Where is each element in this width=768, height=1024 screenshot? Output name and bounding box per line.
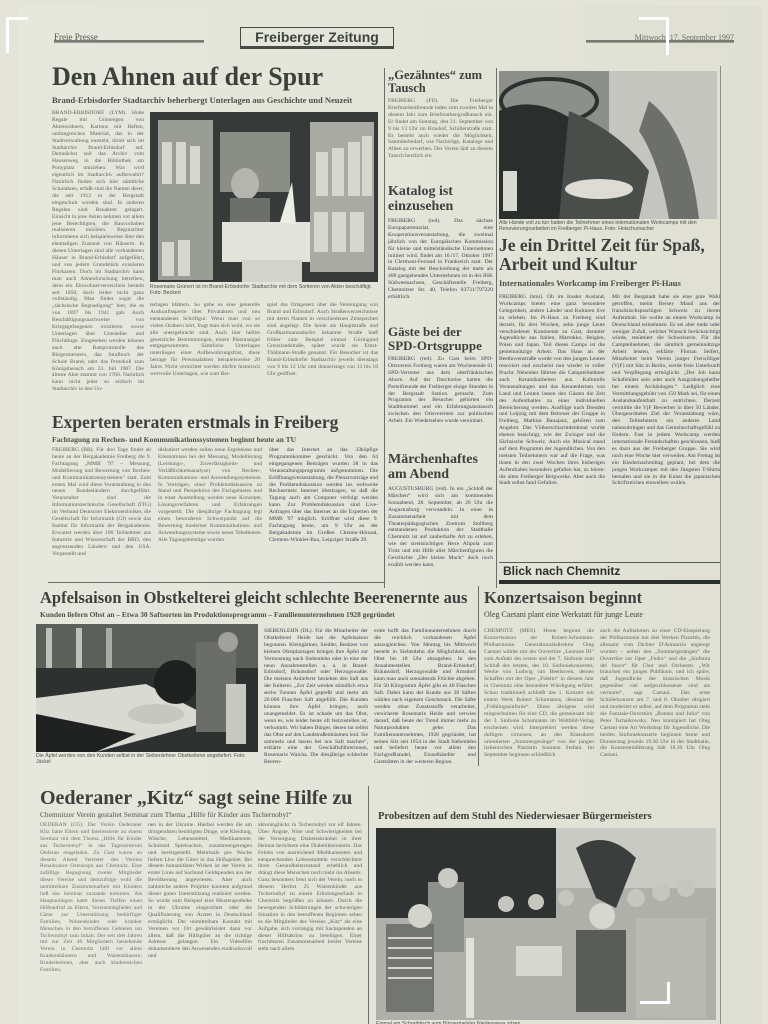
headline-konzert: Konzertsaison beginnt <box>484 590 642 607</box>
article-kitz-col2: nen in der Ukraine. Hierbei werden die a… <box>148 822 252 1024</box>
article-katalog: FREIBERG (red). Das nächste Europaparten… <box>388 218 493 314</box>
apple-delivery-photo-icon <box>36 624 258 752</box>
archive-shelves-photo-icon <box>150 112 378 282</box>
column-divider <box>384 68 385 588</box>
article-spd: FREIBERG (red). Zu Gast beim SPD-Ortsver… <box>388 356 493 442</box>
article-workcamp-col1: FREIBERG (hmi). Ob im Inoder Ausland, Wo… <box>499 294 605 552</box>
article-apfel-col2: ernte hofft das Familienunternehmen durc… <box>374 628 476 764</box>
article-konzert-col1: CHEMNITZ (MES). Heute beginnt die Konzer… <box>484 628 594 766</box>
article-ahnen-col1: BRAND-ERBISDORF (LYM). Hohe Regale mit U… <box>52 110 144 406</box>
subhead-apfel: Kunden liefern Obst an – Etwa 30 Saftsor… <box>40 610 395 619</box>
article-maerchen: AUGUSTUSBURG (red). In ein „Schloß der M… <box>388 486 493 582</box>
article-workcamp-col2: Mit der Bergstadt habe sie eine gute Wah… <box>612 294 720 552</box>
row-divider <box>48 582 384 583</box>
subhead-experten: Fachtagung zu Rechen- und Kommunikations… <box>52 435 296 444</box>
headline-ahnen: Den Ahnen auf der Spur <box>52 64 323 90</box>
scan-corner-top-left <box>6 17 28 53</box>
headline-apfel: Apfelsaison in Obstkelterei gleicht schl… <box>40 590 467 607</box>
caption-stadtarchiv: Rosemarie Grünert ist im Brand-Erbisdorf… <box>150 284 378 296</box>
article-apfel-col1: SIEBENLEHN (DL). Für die Mitarbeiter der… <box>264 628 368 766</box>
subhead-ahnen: Brand-Erbisdorfer Stadtarchiv beherbergt… <box>52 95 352 105</box>
caption-workcamp: Alle Hände voll zu tun hatten die Teilne… <box>499 220 719 232</box>
workcamp-painting-photo-icon <box>499 71 717 219</box>
headline-kitz: Oederaner „Kitz“ sagt seine Hilfe zu <box>40 788 352 808</box>
column-divider <box>496 68 497 588</box>
headline-spd: Gäste bei der SPD-Ortsgruppe <box>388 325 493 353</box>
article-experten-col3: über das Internet an das 33köpfige Progr… <box>269 447 378 573</box>
article-konzert-col2: auch die Aufnahmen zu einer CD-Einspielu… <box>600 628 710 766</box>
headline-katalog: Katalog ist einzusehen <box>388 184 493 214</box>
photo-obstkelterei <box>36 624 258 752</box>
photo-stadtarchiv <box>150 112 378 282</box>
newspaper-page: Freie Presse Freiberger Zeitung Mittwoch… <box>18 6 762 1024</box>
article-gezaehntes: FREIBERG (FD). Die Freiberger Briefmarke… <box>388 98 493 180</box>
caption-obstkelterei: Die Äpfel werden von den Kunden selbst i… <box>36 753 258 765</box>
article-experten-col2: diskutiert werden sollen neue Ergebnisse… <box>158 447 262 573</box>
subhead-konzert: Oleg Caetani plant eine Werkstatt für ju… <box>484 610 643 619</box>
headline-probesitzen: Probesitzen auf dem Stuhl des Niederwies… <box>378 812 652 823</box>
headline-experten: Experten beraten erstmals in Freiberg <box>52 414 338 432</box>
column-divider <box>368 786 369 1024</box>
scan-corner-top-right <box>639 17 669 55</box>
article-ahnen-col3: spiel das Ortsgesetz über die Vereinigun… <box>267 302 378 406</box>
subhead-workcamp: Internationales Workcamp im Freiberger P… <box>499 278 681 288</box>
article-kitz-col1: OEDERAN (CG). Der Verein Oederaner Kitz … <box>40 822 142 1024</box>
subhead-kitz: Chemnitzer Verein gestaltet Seminar zum … <box>40 810 292 819</box>
article-kitz-col3: aktorunglücks in Tschernobyl vor elf Jah… <box>258 822 362 1024</box>
masthead-rule-left <box>54 40 204 43</box>
headline-gezaehntes: „Gezähntes“ zum Tausch <box>388 69 493 95</box>
section-blick-nach-chemnitz: Blick nach Chemnitz <box>499 562 721 584</box>
page-edge-rule <box>720 66 721 1024</box>
headline-maerchen: Märchenhaftes am Abend <box>388 452 493 482</box>
section-title: Freiberger Zeitung <box>240 27 394 49</box>
article-ahnen-col2: terlagen blättern. So gebe es eine gener… <box>150 302 260 406</box>
article-experten-col1: FREIBERG (BB). Für drei Tage findet ab h… <box>52 447 151 573</box>
scan-corner-bottom-right <box>640 982 670 1004</box>
headline-workcamp: Je ein Drittel Zeit für Spaß, Arbeit und… <box>499 236 721 274</box>
masthead: Freie Presse Freiberger Zeitung Mittwoch… <box>54 26 734 52</box>
photo-workcamp <box>499 71 717 219</box>
column-divider <box>478 586 479 766</box>
